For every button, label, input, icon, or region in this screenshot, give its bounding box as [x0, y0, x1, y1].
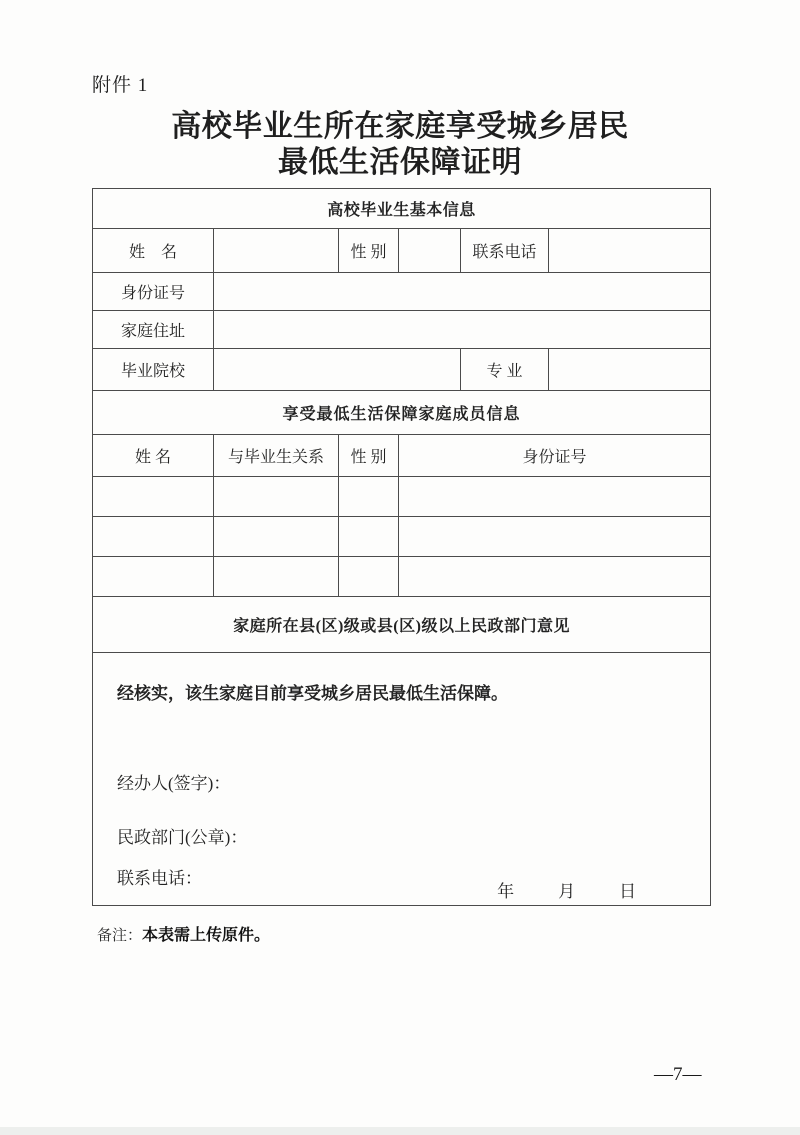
major-label: 专 业 — [461, 349, 549, 391]
footnote: 备注：本表需上传原件。 — [97, 922, 270, 945]
phone-label: 联系电话 — [461, 229, 549, 273]
phone-value-cell — [549, 229, 711, 273]
id-number-label: 身份证号 — [93, 273, 214, 311]
handler-signature-label: 经办人(签字)： — [117, 769, 230, 794]
table-row: 经核实，该生家庭目前享受城乡居民最低生活保障。 经办人(签字)： 民政部门(公章… — [93, 653, 711, 906]
gender-value-cell — [399, 229, 461, 273]
date-year-label: 年 — [497, 877, 514, 902]
table-row: 身份证号 — [93, 273, 711, 311]
gender-label: 性 别 — [339, 229, 399, 273]
document-title-line2: 最低生活保障证明 — [0, 145, 800, 181]
member-relation-cell — [214, 557, 339, 597]
id-number-value-cell — [214, 273, 711, 311]
table-row: 姓 名 与毕业生关系 性 别 身份证号 — [93, 435, 711, 477]
member-id-cell — [399, 477, 711, 517]
address-value-cell — [214, 311, 711, 349]
date-month-label: 月 — [558, 877, 575, 902]
table-row: 高校毕业生基本信息 — [93, 189, 711, 229]
school-value-cell — [214, 349, 461, 391]
member-relation-cell — [214, 477, 339, 517]
document-title: 高校毕业生所在家庭享受城乡居民 最低生活保障证明 — [0, 109, 800, 181]
member-col-id: 身份证号 — [399, 435, 711, 477]
member-gender-cell — [339, 477, 399, 517]
page-number: —7— — [654, 1064, 702, 1086]
member-name-cell — [93, 557, 214, 597]
contact-phone-label: 联系电话： — [117, 864, 202, 889]
member-name-cell — [93, 517, 214, 557]
table-row: 姓 名 性 别 联系电话 — [93, 229, 711, 273]
certificate-form-table: 高校毕业生基本信息 姓 名 性 别 联系电话 身份证号 家庭住址 毕业院校 专 … — [92, 188, 711, 906]
member-empty-row — [93, 517, 711, 557]
member-col-relation: 与毕业生关系 — [214, 435, 339, 477]
opinion-body-cell: 经核实，该生家庭目前享受城乡居民最低生活保障。 经办人(签字)： 民政部门(公章… — [93, 653, 711, 906]
scan-edge-strip — [0, 1127, 800, 1135]
name-label: 姓 名 — [93, 229, 214, 273]
school-label: 毕业院校 — [93, 349, 214, 391]
department-seal-label: 民政部门(公章)： — [117, 823, 247, 848]
table-row: 家庭住址 — [93, 311, 711, 349]
member-gender-cell — [339, 517, 399, 557]
footnote-text: 本表需上传原件。 — [142, 927, 270, 944]
document-page: 附件 1 高校毕业生所在家庭享受城乡居民 最低生活保障证明 高校毕业生基本信息 … — [0, 0, 800, 1135]
date-line: 年 月 日 — [497, 877, 636, 902]
member-col-name: 姓 名 — [93, 435, 214, 477]
opinion-statement: 经核实，该生家庭目前享受城乡居民最低生活保障。 — [117, 679, 508, 704]
member-empty-row — [93, 477, 711, 517]
basic-info-section-header: 高校毕业生基本信息 — [93, 189, 711, 229]
member-id-cell — [399, 517, 711, 557]
member-name-cell — [93, 477, 214, 517]
table-row: 毕业院校 专 业 — [93, 349, 711, 391]
footnote-label: 备注： — [97, 928, 142, 944]
name-value-cell — [214, 229, 339, 273]
member-empty-row — [93, 557, 711, 597]
member-id-cell — [399, 557, 711, 597]
table-row: 享受最低生活保障家庭成员信息 — [93, 391, 711, 435]
date-day-label: 日 — [619, 877, 636, 902]
civil-affairs-opinion-header: 家庭所在县(区)级或县(区)级以上民政部门意见 — [93, 597, 711, 653]
member-gender-cell — [339, 557, 399, 597]
major-value-cell — [549, 349, 711, 391]
document-title-line1: 高校毕业生所在家庭享受城乡居民 — [0, 109, 800, 145]
attachment-label: 附件 1 — [92, 70, 148, 97]
member-relation-cell — [214, 517, 339, 557]
family-members-section-header: 享受最低生活保障家庭成员信息 — [93, 391, 711, 435]
member-col-gender: 性 别 — [339, 435, 399, 477]
table-row: 家庭所在县(区)级或县(区)级以上民政部门意见 — [93, 597, 711, 653]
address-label: 家庭住址 — [93, 311, 214, 349]
